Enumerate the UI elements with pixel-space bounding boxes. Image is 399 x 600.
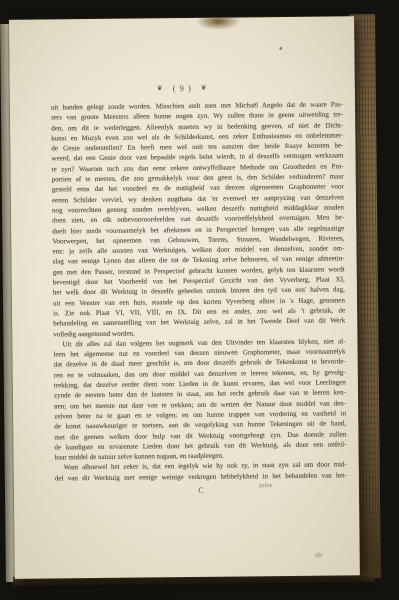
paragraph: Want alhoewel het zeker is, dat een iege… [55,460,347,484]
foxing-speck [279,47,282,50]
page-header: ❦( 9 )❦ [10,80,355,96]
text-line: del van dit Werktuig met eenige weinige … [55,470,347,483]
paragraph: uit handen gelegt zoude worden. Misschie… [51,99,345,339]
ink-stain [197,17,239,29]
book: ❦( 9 )❦ uit handen gelegt zoude worden. … [0,12,385,592]
book-page: ❦( 9 )❦ uit handen gelegt zoude worden. … [9,16,360,579]
fleuron-icon: ❦ [157,84,164,92]
signature-mark: C [55,484,347,496]
fleuron-icon: ❦ [201,84,208,92]
catchword: zelve [259,482,273,489]
page-number: ( 9 ) [173,83,192,93]
body-text: uit handen gelegt zoude worden. Misschie… [51,99,347,483]
paragraph: Uit dit alles zal dan volgens het oogmer… [53,336,346,463]
signature-row: C zelve [55,484,347,499]
book-photo: ❦( 9 )❦ uit handen gelegt zoude worden. … [0,0,399,600]
foxing-speck [315,553,323,558]
